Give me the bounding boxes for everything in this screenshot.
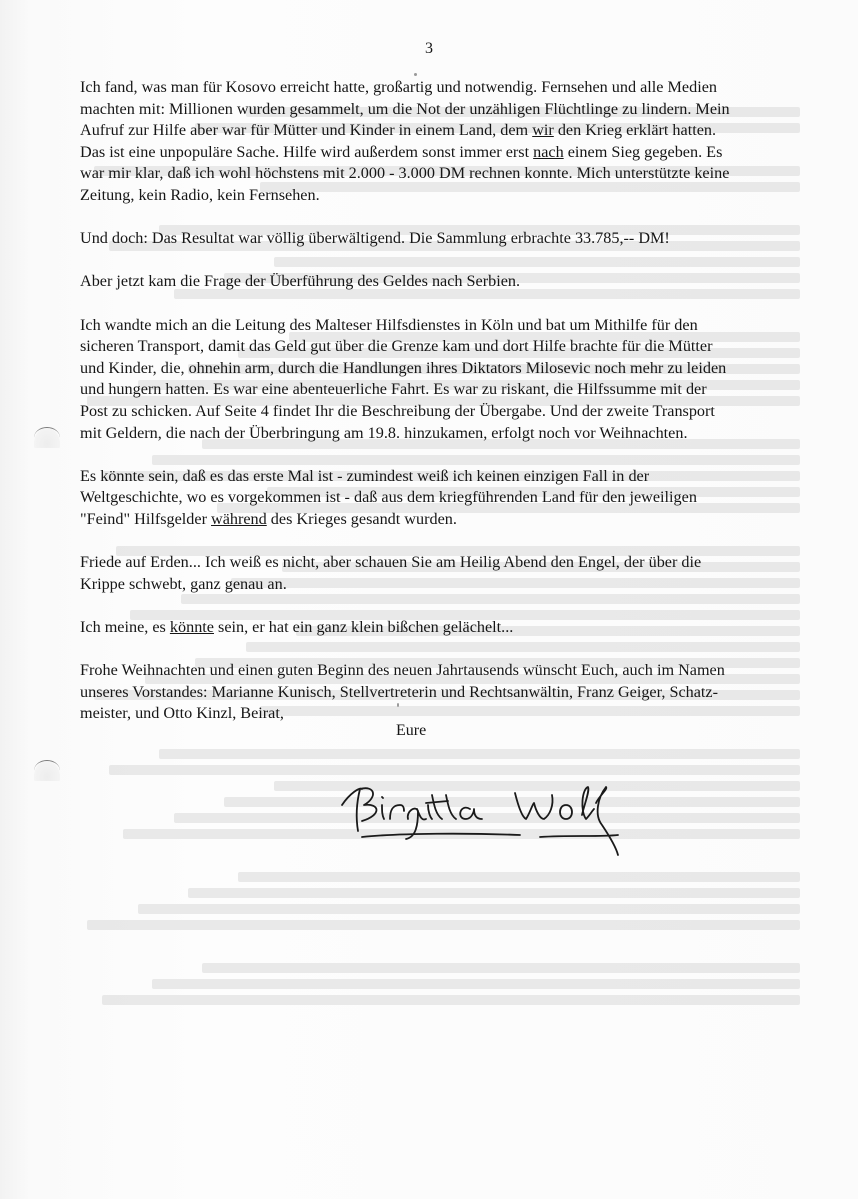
paragraph: Ich meine, es könnte sein, er hat ein ga…: [80, 617, 800, 639]
closing-salutation: Eure: [396, 722, 426, 740]
text-line: Post zu schicken. Auf Seite 4 findet Ihr…: [80, 401, 800, 423]
text-line: Ich wandte mich an die Leitung des Malte…: [80, 315, 800, 337]
underlined-emphasis: während: [211, 510, 267, 528]
text-line: Ich meine, es könnte sein, er hat ein ga…: [80, 617, 800, 639]
underlined-emphasis: könnte: [170, 618, 214, 636]
letter-body: Ich fand, was man für Kosovo erreicht ha…: [80, 77, 800, 746]
punch-hole-top: [34, 427, 60, 448]
letter-page: 3 Ich fand, was man für Kosovo erreicht …: [0, 0, 858, 1199]
paragraph: Frohe Weihnachten und einen guten Beginn…: [80, 660, 800, 725]
text-line: Zeitung, kein Radio, kein Fernsehen.: [80, 185, 800, 207]
text-line: Aber jetzt kam die Frage der Überführung…: [80, 271, 800, 293]
text-line: unseres Vorstandes: Marianne Kunisch, St…: [80, 682, 800, 704]
text-line: machten mit: Millionen wurden gesammelt,…: [80, 99, 800, 121]
text-line: Krippe schwebt, ganz genau an.: [80, 574, 800, 596]
handwritten-signature-icon: Birgitta Wolf: [320, 775, 620, 875]
text-line: Das ist eine unpopuläre Sache. Hilfe wir…: [80, 142, 800, 164]
text-line: Friede auf Erden... Ich weiß es nicht, a…: [80, 552, 800, 574]
text-line: Und doch: Das Resultat war völlig überwä…: [80, 228, 800, 250]
text-line: und Kinder, die, ohnehin arm, durch die …: [80, 358, 800, 380]
text-line: meister, und Otto Kinzl, Beirat,: [80, 703, 800, 725]
paragraph: Und doch: Das Resultat war völlig überwä…: [80, 228, 800, 250]
paragraph: Ich fand, was man für Kosovo erreicht ha…: [80, 77, 800, 207]
text-line: Es könnte sein, daß es das erste Mal ist…: [80, 466, 800, 488]
punch-hole-bottom: [34, 760, 60, 781]
text-line: sicheren Transport, damit das Geld gut ü…: [80, 336, 800, 358]
text-line: war mir klar, daß ich wohl höchstens mit…: [80, 163, 800, 185]
text-line: Ich fand, was man für Kosovo erreicht ha…: [80, 77, 800, 99]
text-line: und hungern hatten. Es war eine abenteue…: [80, 379, 800, 401]
underlined-emphasis: nach: [533, 143, 564, 161]
scan-speck: [414, 73, 417, 76]
text-line: Aufruf zur Hilfe aber war für Mütter und…: [80, 120, 800, 142]
paragraph: Aber jetzt kam die Frage der Überführung…: [80, 271, 800, 293]
text-line: Weltgeschichte, wo es vorgekommen ist - …: [80, 487, 800, 509]
paragraph: Ich wandte mich an die Leitung des Malte…: [80, 315, 800, 445]
paragraph: Es könnte sein, daß es das erste Mal ist…: [80, 466, 800, 531]
page-number: 3: [0, 40, 858, 58]
text-line: mit Geldern, die nach der Überbringung a…: [80, 423, 800, 445]
text-line: Frohe Weihnachten und einen guten Beginn…: [80, 660, 800, 682]
signature: Birgitta Wolf: [320, 775, 620, 875]
paragraph: Friede auf Erden... Ich weiß es nicht, a…: [80, 552, 800, 595]
text-line: "Feind" Hilfsgelder während des Krieges …: [80, 509, 800, 531]
underlined-emphasis: wir: [532, 121, 554, 139]
